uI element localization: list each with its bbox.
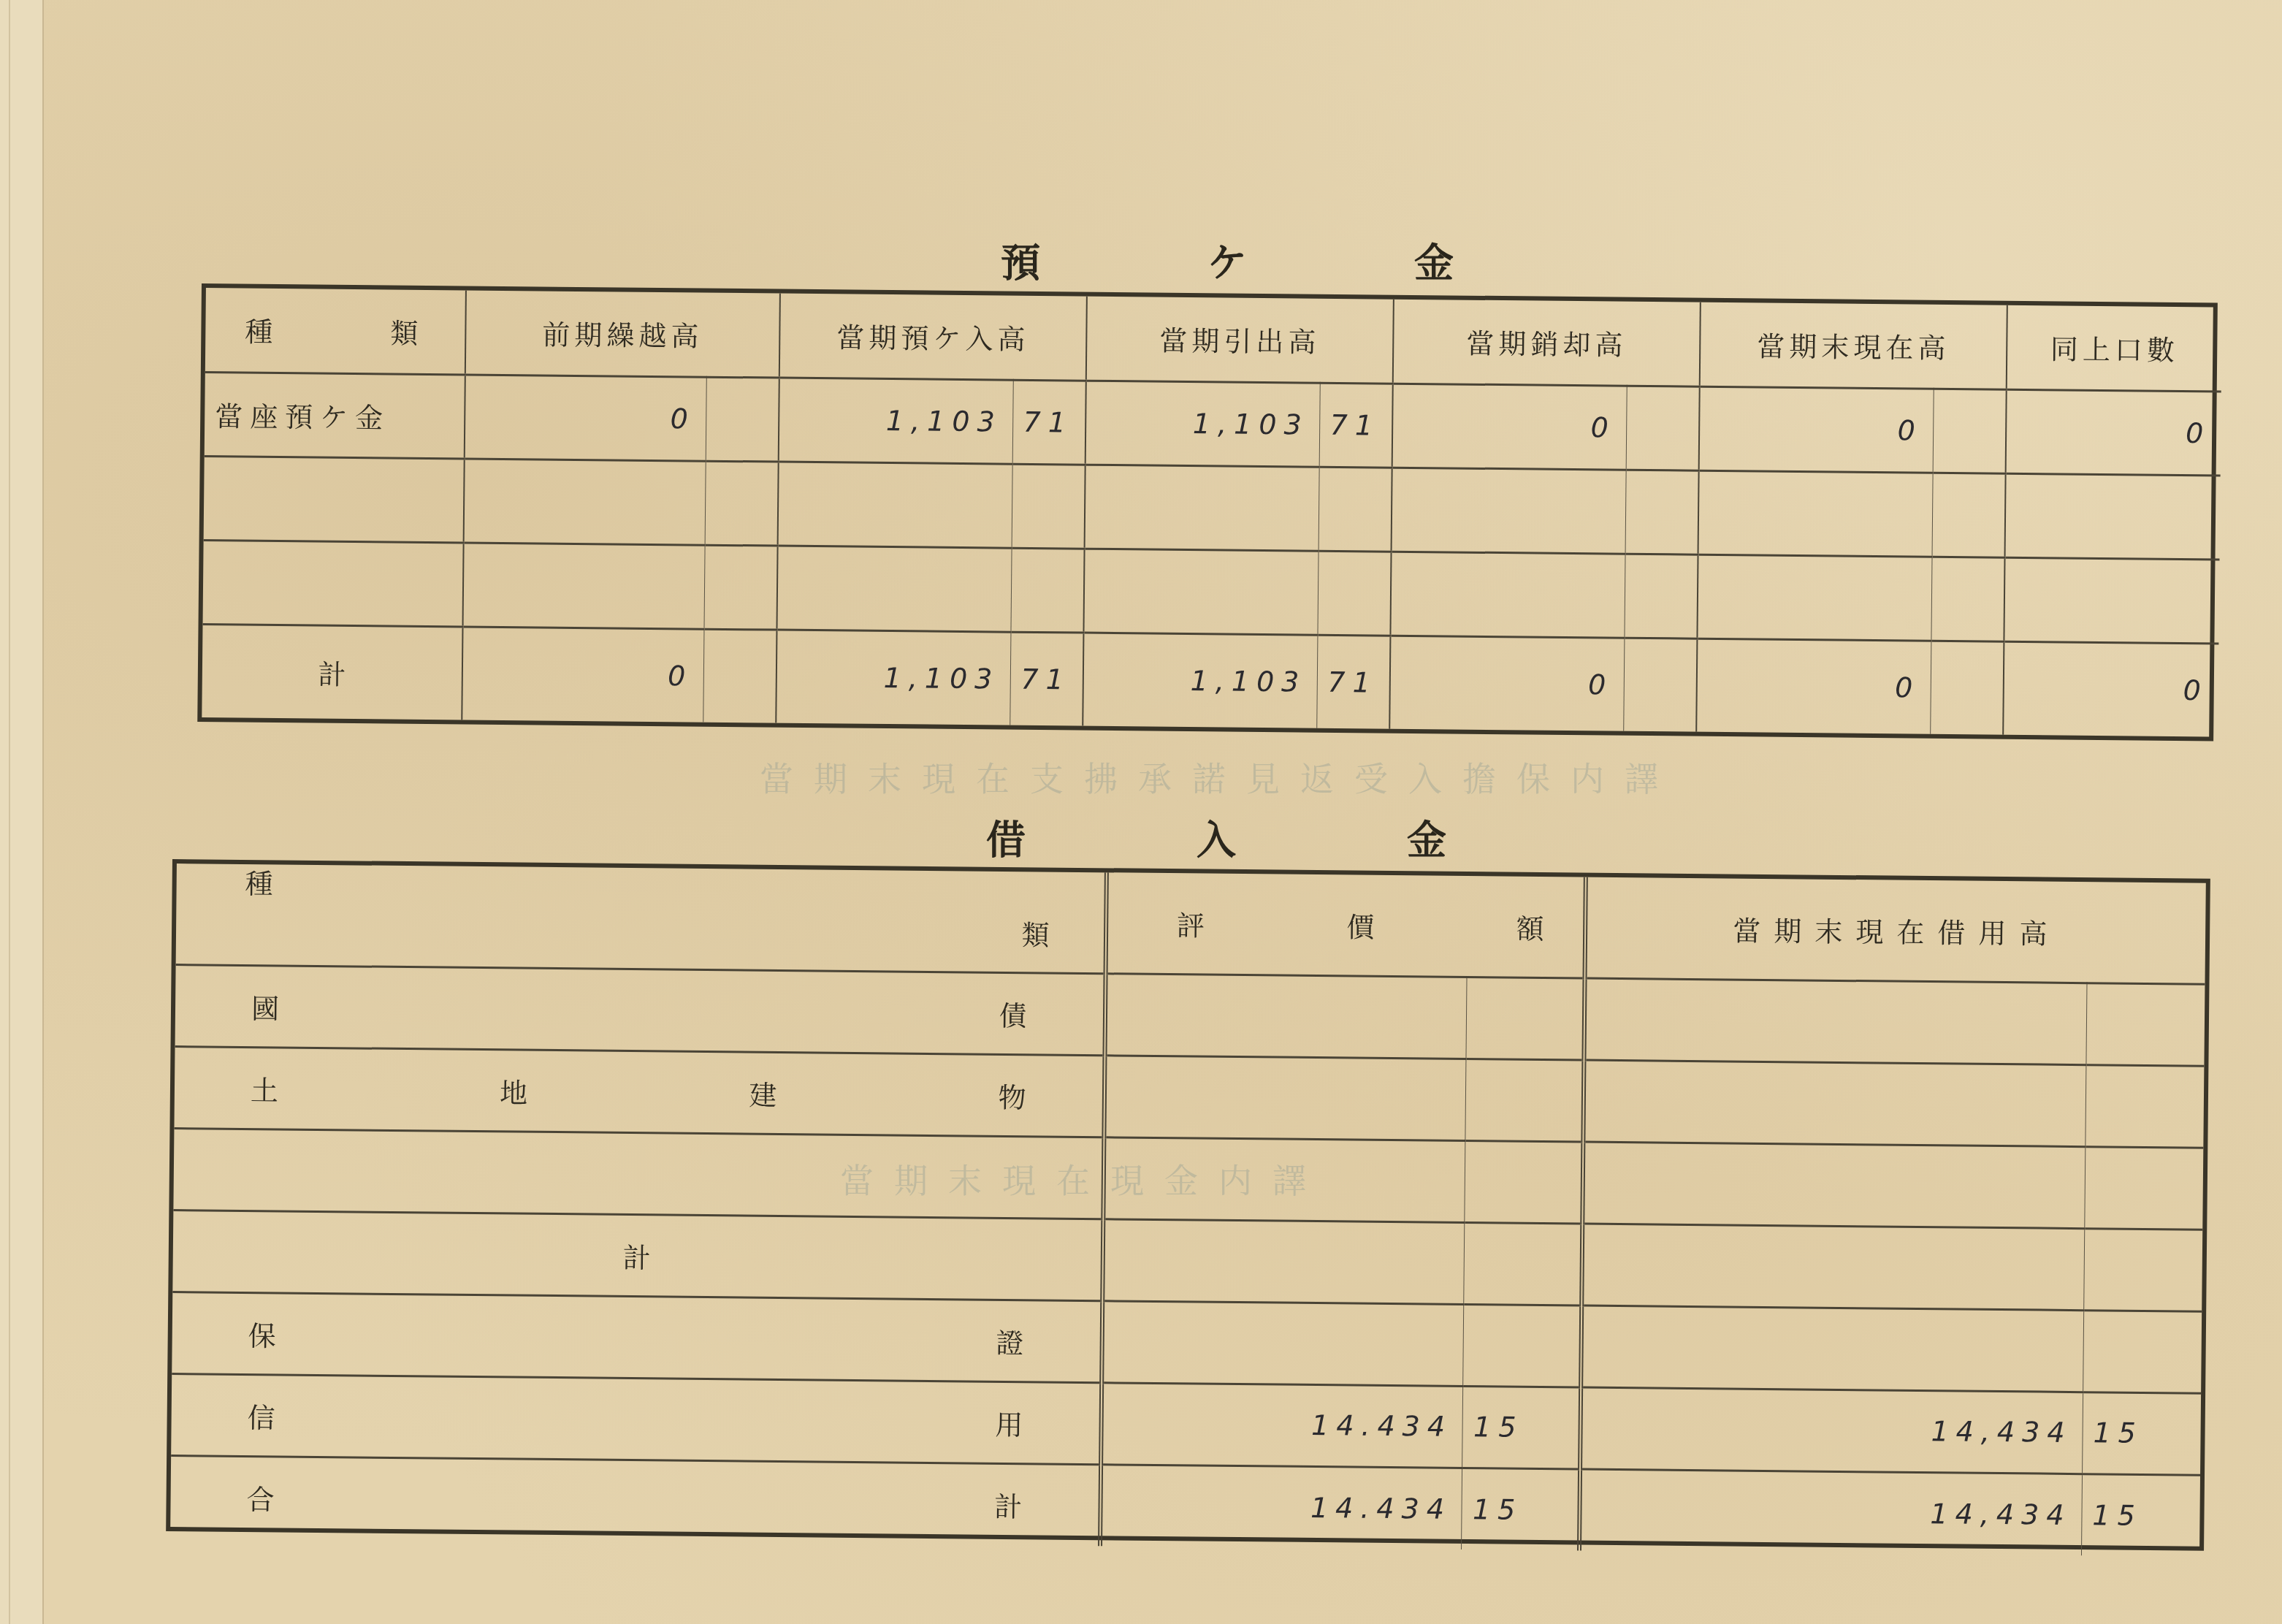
borrowings-header-row: 種 類 評 價 額 當期末現在借用高 [176,864,2206,984]
total-written-off: 0 [1389,636,1624,731]
row-type-char: 信 [247,1395,275,1436]
borrowings-table: 種 類 評 價 額 當期末現在借用高 國 債 [166,859,2210,1551]
end-borrowed-value [1584,1060,2086,1147]
header-prev-balance: 前期繰越高 [465,290,780,377]
end-borrowed-cents [2083,1310,2202,1393]
subtotal-label: 計 [172,1210,1103,1300]
borrowings-title-char: 入 [1197,809,1236,866]
end-borrowed-value: 14,434 [1579,1469,2082,1556]
row-type-land-buildings: 土 地 建 物 [174,1046,1104,1137]
valuation-value [1102,1300,1464,1386]
header-deposits-in: 當期預ケ入高 [779,294,1087,381]
row-type-government-bonds: 國 債 [175,964,1106,1055]
valuation-value [1104,973,1467,1059]
total-label: 計 [202,624,462,720]
deposits-title-char: 金 [1414,232,1454,289]
header-type-right: 類 [390,311,426,351]
valuation-cents [1463,1304,1582,1387]
row-type-char: 土 [251,1068,279,1108]
end-borrowed-value: 14,434 [1581,1387,2083,1474]
end-borrowed-cents [2086,1064,2205,1148]
header-valuation-char: 評 [1177,903,1205,943]
row-type-char: 合 [246,1477,275,1517]
prev-balance-cents [706,377,779,462]
total-withdrawn-cents: 71 [1316,635,1390,729]
deposits-table: 種 類 前期繰越高 當期預ケ入高 當期引出高 當期銷却高 當期末現在高 同上口數… [197,283,2218,741]
row-type-char: 計 [994,1484,1023,1525]
end-borrowed-cents: 15 [2081,1474,2200,1557]
total-prev-balance: 0 [462,627,703,723]
deposits-title-char: ケ [1207,232,1247,289]
valuation-cents: 15 [1462,1386,1581,1469]
header-type: 種 類 [176,864,1107,973]
deposits-in-cents: 71 [1012,380,1086,465]
valuation-value: 14.434 [1101,1382,1463,1468]
row-type-char: 國 [251,986,280,1026]
total-end-balance: 0 [1696,638,1931,734]
row-type-guarantee: 保 證 [172,1292,1102,1382]
bleed-through-text-1: 當期末現在支拂承諾見返受入擔保内譯 [760,752,1679,801]
valuation-cents [1466,977,1585,1060]
header-end-borrowed: 當期末現在借用高 [1585,877,2206,984]
deposits-title-char: 預 [1001,232,1040,289]
end-balance-cents [1933,389,2007,473]
total-withdrawn: 1,103 [1083,633,1317,728]
row-type-grand-total: 合 計 [170,1455,1101,1546]
written-off-value: 0 [1392,384,1627,470]
header-type-right: 類 [1021,912,1050,953]
row-type: 當座預ケ金 [205,372,465,458]
header-valuation-char: 價 [1346,904,1375,945]
row-type-char: 物 [998,1075,1026,1115]
end-borrowed-value [1582,1224,2085,1311]
valuation-value: 14.434 [1100,1464,1462,1549]
header-valuation: 評 價 額 [1105,872,1586,977]
valuation-cents [1464,1222,1583,1305]
row-type-char: 建 [749,1072,777,1113]
accounts-value: 0 [2006,389,2221,476]
valuation-cents: 15 [1462,1468,1581,1551]
header-valuation-char: 額 [1516,906,1544,946]
end-borrowed-cents: 15 [2082,1392,2201,1475]
end-borrowed-cents [2084,1228,2203,1311]
end-borrowed-value [1581,1305,2084,1392]
header-type-left: 種 [245,310,281,350]
header-withdrawn: 當期引出高 [1086,297,1394,384]
total-deposits-in: 1,103 [776,630,1010,725]
header-accounts: 同上口數 [2007,305,2222,392]
borrowings-title-char: 金 [1407,809,1446,866]
header-type: 種 類 [205,288,466,374]
row-type-char: 證 [996,1320,1024,1360]
valuation-value [1102,1219,1465,1304]
borrowings-title-char: 借 [986,809,1026,866]
header-written-off: 當期銷却高 [1393,300,1701,386]
deposits-title: 預 ケ 金 [1001,232,1454,289]
end-balance-value: 0 [1699,386,1934,473]
header-end-balance: 當期末現在高 [1700,302,2007,389]
page-binding-edge [0,0,44,1624]
deposits-total-row: 計 0 1,103 71 1,103 71 0 0 0 [202,624,2218,736]
row-type-char: 地 [500,1070,528,1110]
deposits-in-value: 1,103 [779,378,1013,464]
end-borrowed-cents [2086,983,2205,1066]
row-type-char: 債 [999,993,1027,1033]
total-accounts: 0 [2003,641,2218,737]
row-type-char: 保 [248,1314,277,1354]
valuation-cents [1465,1059,1584,1142]
total-deposits-in-cents: 71 [1010,632,1083,726]
row-type-credit: 信 用 [171,1373,1102,1464]
header-type-left: 種 [245,861,273,945]
withdrawn-cents: 71 [1319,383,1393,468]
end-borrowed-value [1584,978,2087,1065]
valuation-value [1104,1055,1466,1140]
withdrawn-value: 1,103 [1085,381,1320,467]
borrowings-title: 借 入 金 [986,809,1446,866]
written-off-cents [1626,386,1700,470]
prev-balance-value: 0 [465,375,706,461]
row-type-char: 用 [995,1402,1023,1442]
